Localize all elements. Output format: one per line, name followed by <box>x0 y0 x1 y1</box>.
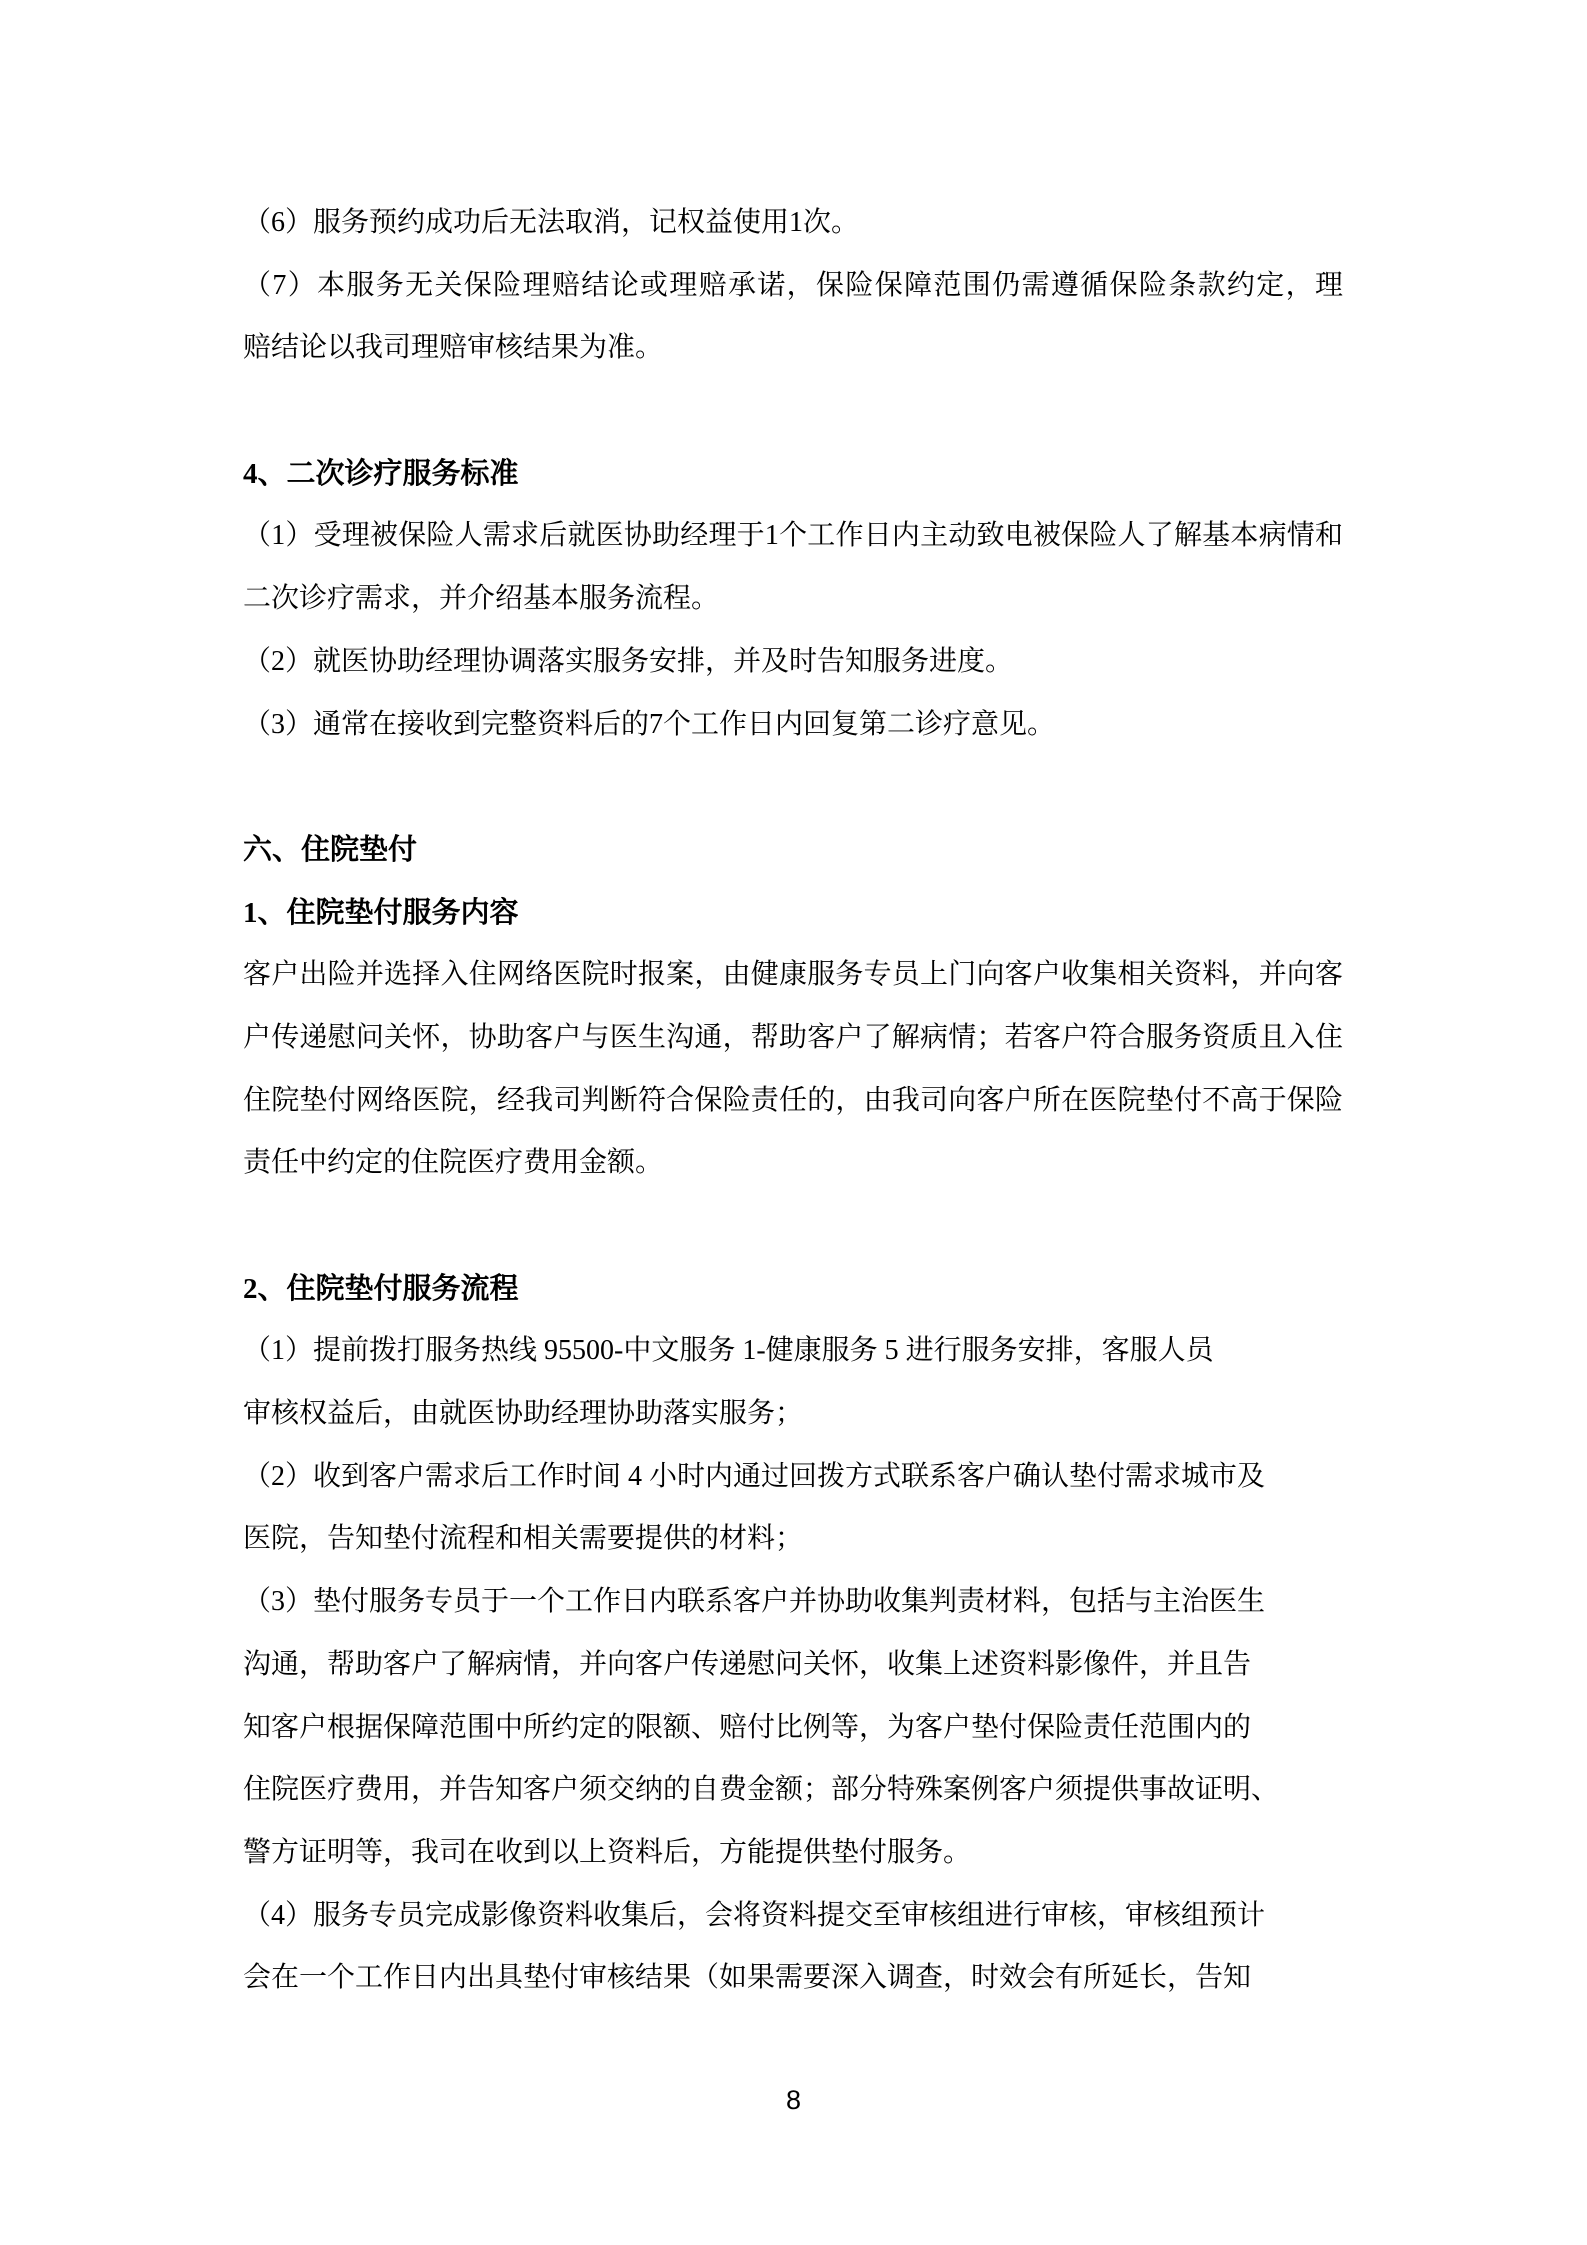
text-line: （7）本服务无关保险理赔结论或理赔承诺，保险保障范围仍需遵循保险条款约定，理 <box>243 255 1343 318</box>
text-line: （3）垫付服务专员于一个工作日内联系客户并协助收集判责材料，包括与主治医生 <box>243 1571 1343 1634</box>
blank-line <box>243 380 1343 443</box>
text-line: 会在一个工作日内出具垫付审核结果（如果需要深入调查，时效会有所延长，告知 <box>243 1947 1343 2010</box>
text-line: 医院，告知垫付流程和相关需要提供的材料； <box>243 1508 1343 1571</box>
text-line: 沟通，帮助客户了解病情，并向客户传递慰问关怀，收集上述资料影像件，并且告 <box>243 1634 1343 1697</box>
document-page: { "colors": { "background": "#ffffff", "… <box>0 0 1587 2245</box>
text-line: （4）服务专员完成影像资料收集后，会将资料提交至审核组进行审核，审核组预计 <box>243 1885 1343 1948</box>
text-line: （3）通常在接收到完整资料后的7个工作日内回复第二诊疗意见。 <box>243 694 1343 757</box>
section-heading: 4、二次诊疗服务标准 <box>243 443 1343 506</box>
text-line: 赔结论以我司理赔审核结果为准。 <box>243 317 1343 380</box>
text-line: （6）服务预约成功后无法取消，记权益使用1次。 <box>243 192 1343 255</box>
text-line: 住院医疗费用，并告知客户须交纳的自费金额；部分特殊案例客户须提供事故证明、 <box>243 1759 1343 1822</box>
section-heading: 2、住院垫付服务流程 <box>243 1258 1343 1321</box>
section-heading: 1、住院垫付服务内容 <box>243 882 1343 945</box>
text-line: （2）就医协助经理协调落实服务安排，并及时告知服务进度。 <box>243 631 1343 694</box>
document-body: （6）服务预约成功后无法取消，记权益使用1次。（7）本服务无关保险理赔结论或理赔… <box>243 192 1343 2010</box>
text-line: （1）受理被保险人需求后就医协助经理于1个工作日内主动致电被保险人了解基本病情和 <box>243 505 1343 568</box>
text-line: （2）收到客户需求后工作时间 4 小时内通过回拨方式联系客户确认垫付需求城市及 <box>243 1446 1343 1509</box>
text-line: 警方证明等，我司在收到以上资料后，方能提供垫付服务。 <box>243 1822 1343 1885</box>
section-heading: 六、住院垫付 <box>243 819 1343 882</box>
blank-line <box>243 1195 1343 1258</box>
text-line: 审核权益后，由就医协助经理协助落实服务； <box>243 1383 1343 1446</box>
text-line: 责任中约定的住院医疗费用金额。 <box>243 1132 1343 1195</box>
page-number: 8 <box>0 2069 1587 2132</box>
text-line: 户传递慰问关怀，协助客户与医生沟通，帮助客户了解病情；若客户符合服务资质且入住 <box>243 1007 1343 1070</box>
text-line: 知客户根据保障范围中所约定的限额、赔付比例等，为客户垫付保险责任范围内的 <box>243 1697 1343 1760</box>
text-line: 二次诊疗需求，并介绍基本服务流程。 <box>243 568 1343 631</box>
text-line: 住院垫付网络医院，经我司判断符合保险责任的，由我司向客户所在医院垫付不高于保险 <box>243 1070 1343 1133</box>
text-line: 客户出险并选择入住网络医院时报案，由健康服务专员上门向客户收集相关资料，并向客 <box>243 944 1343 1007</box>
text-line: （1）提前拨打服务热线 95500-中文服务 1-健康服务 5 进行服务安排，客… <box>243 1320 1343 1383</box>
blank-line <box>243 756 1343 819</box>
